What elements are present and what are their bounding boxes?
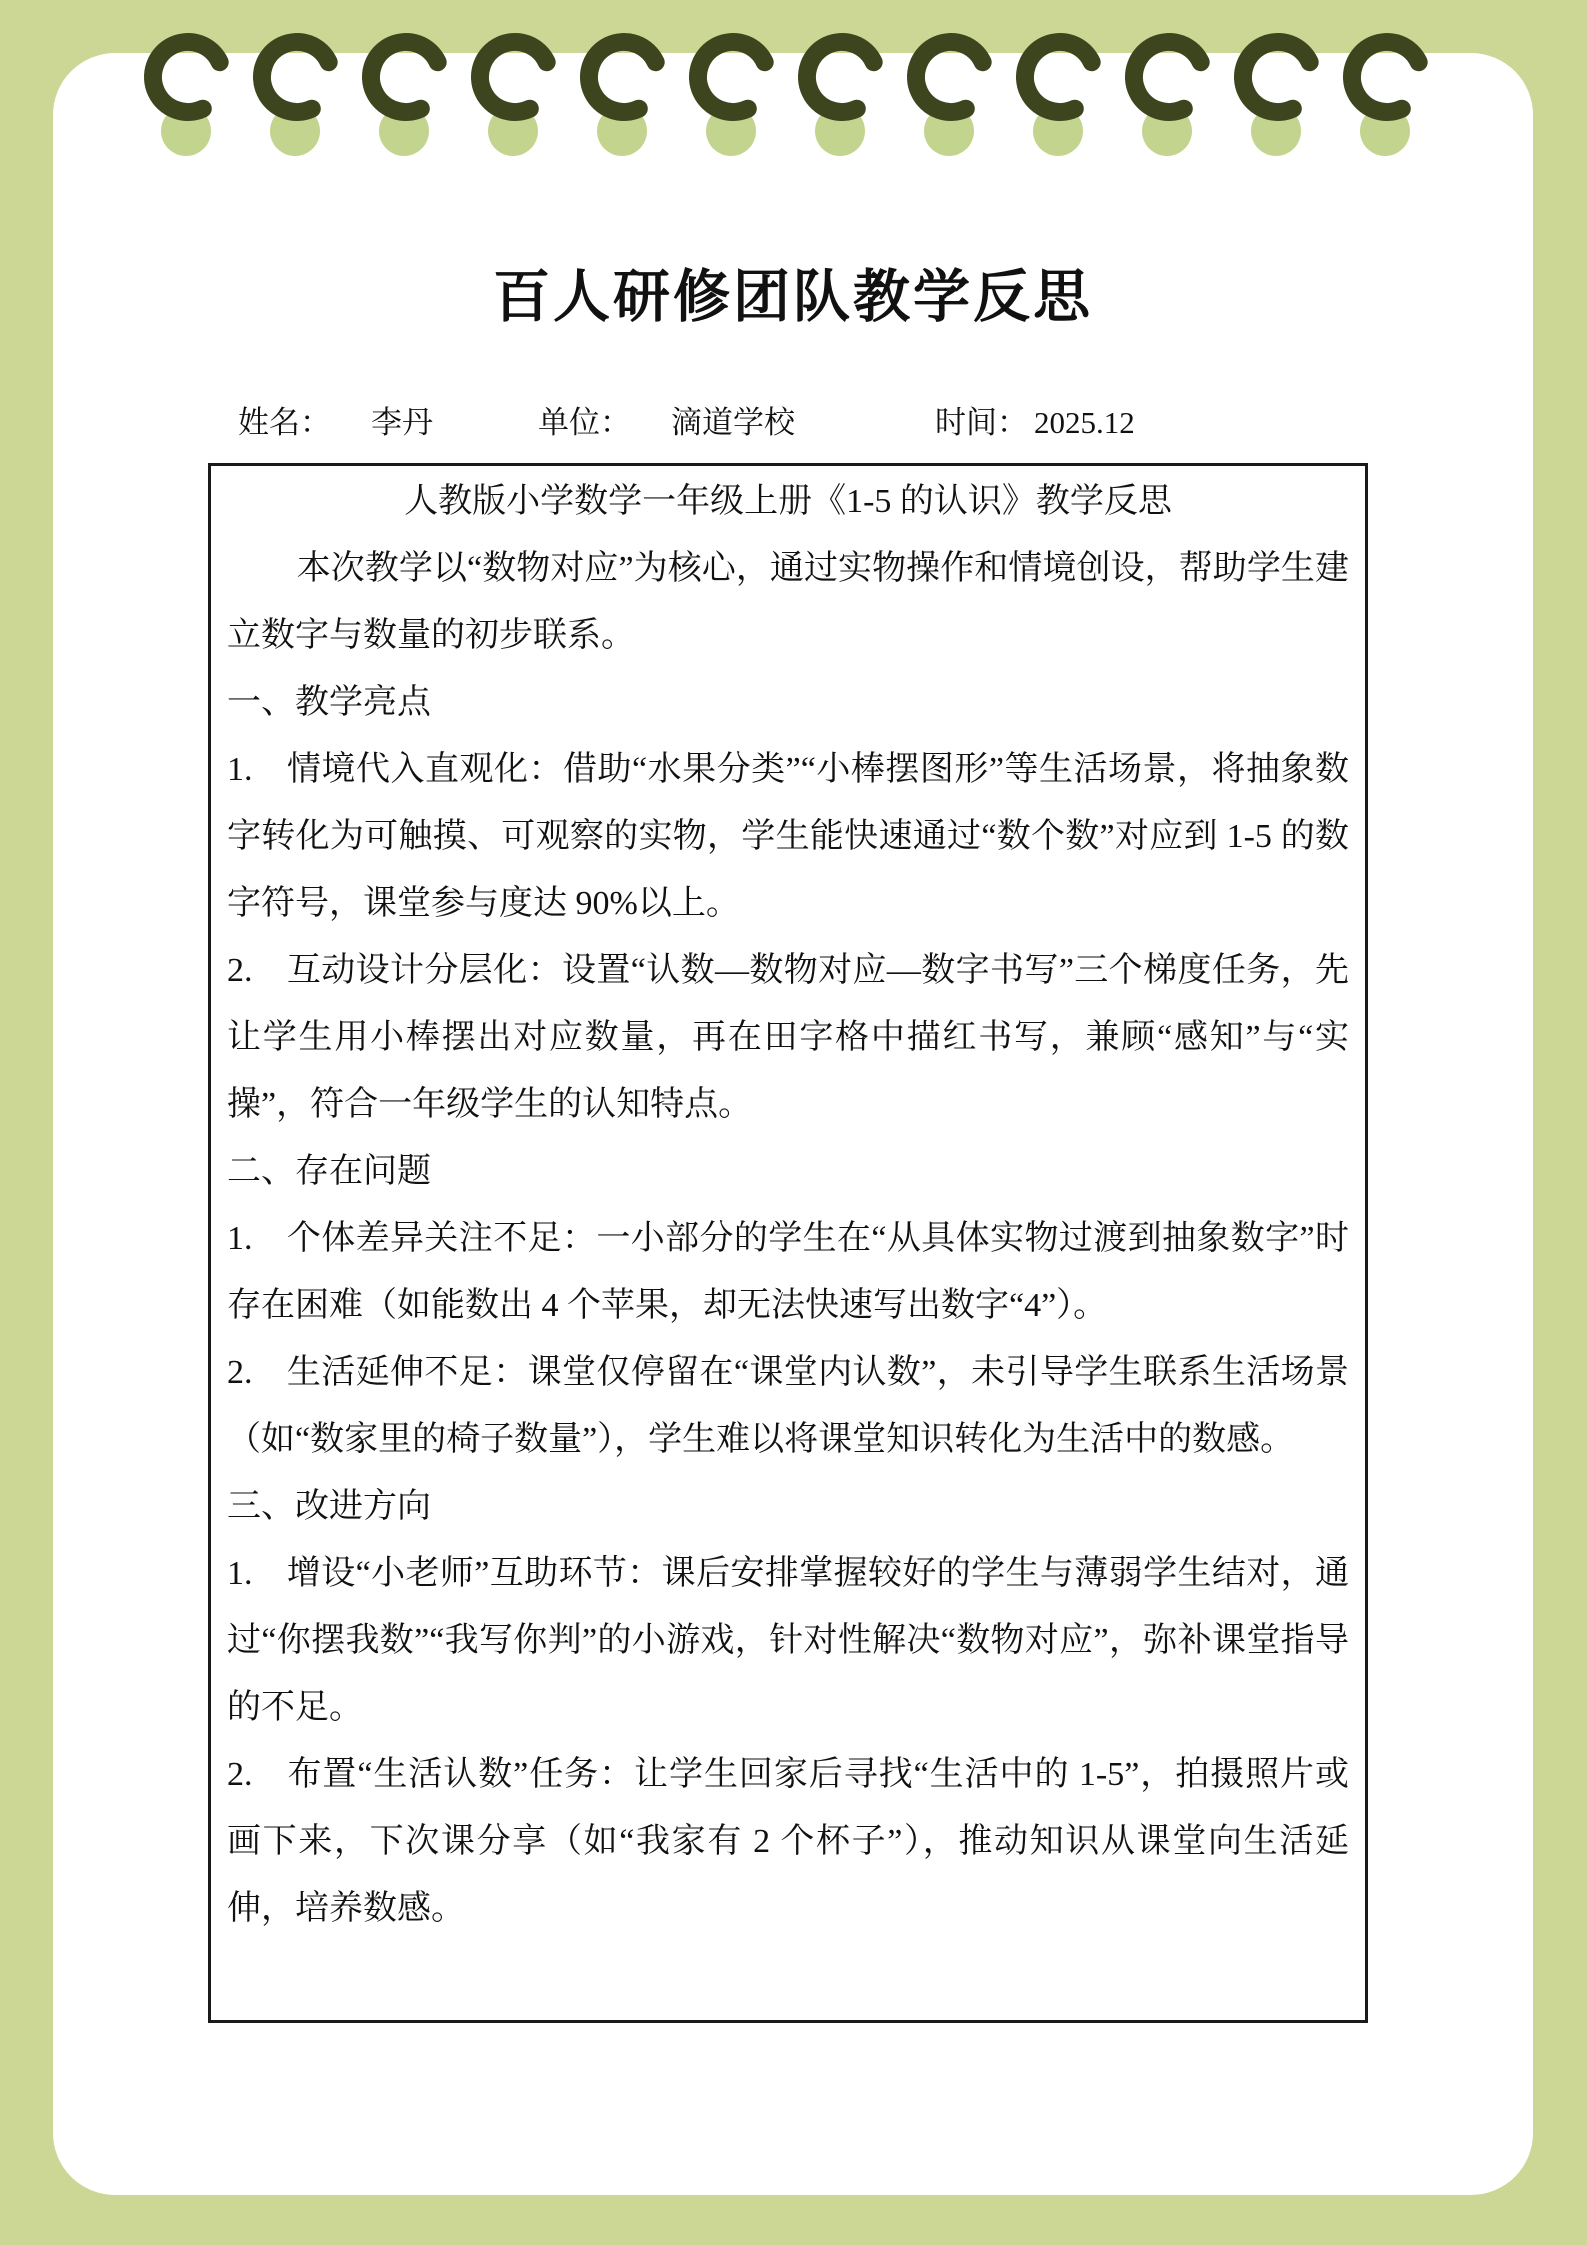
reflection-paragraph: 1. 增设“小老师”互助环节：课后安排掌握较好的学生与薄弱学生结对，通过“你摆我…	[227, 1540, 1349, 1741]
reflection-paragraph: 2. 布置“生活认数”任务：让学生回家后寻找“生活中的 1-5”，拍摄照片或画下…	[227, 1741, 1349, 1942]
reflection-section-heading: 三、改进方向	[227, 1473, 1349, 1540]
reflection-paragraph: 1. 个体差异关注不足：一小部分的学生在“从具体实物过渡到抽象数字”时存在困难（…	[227, 1205, 1349, 1339]
name-label: 姓名：	[238, 403, 331, 443]
page-title: 百人研修团队教学反思	[53, 265, 1533, 331]
reflection-section-heading: 二、存在问题	[227, 1138, 1349, 1205]
notebook-background: { "colors": { "background": "#ccd795", "…	[0, 0, 1587, 2245]
notebook-page: 百人研修团队教学反思 姓名： 李丹 单位： 滴道学校 时间： 2025.12 人…	[53, 53, 1533, 2195]
reflection-paragraph: 2. 生活延伸不足：课堂仅停留在“课堂内认数”，未引导学生联系生活场景（如“数家…	[227, 1339, 1349, 1473]
reflection-box: 人教版小学数学一年级上册《1-5 的认识》教学反思 本次教学以“数物对应”为核心…	[208, 463, 1368, 2023]
name-field: 姓名： 李丹	[238, 403, 433, 443]
reflection-paragraph: 本次教学以“数物对应”为核心，通过实物操作和情境创设，帮助学生建立数字与数量的初…	[227, 535, 1349, 669]
unit-field: 单位： 滴道学校	[538, 403, 795, 443]
name-value: 李丹	[371, 403, 433, 443]
time-value: 2025.12	[1034, 403, 1135, 443]
time-field: 时间： 2025.12	[935, 403, 1135, 443]
reflection-paragraph: 1. 情境代入直观化：借助“水果分类”“小棒摆图形”等生活场景，将抽象数字转化为…	[227, 736, 1349, 937]
unit-label: 单位：	[538, 403, 631, 443]
unit-value: 滴道学校	[671, 403, 795, 443]
info-row: 姓名： 李丹 单位： 滴道学校 时间： 2025.12	[238, 403, 1533, 443]
reflection-paragraph: 2. 互动设计分层化：设置“认数—数物对应—数字书写”三个梯度任务，先让学生用小…	[227, 937, 1349, 1138]
time-label: 时间：	[935, 403, 1028, 443]
reflection-section-heading: 一、教学亮点	[227, 669, 1349, 736]
reflection-heading: 人教版小学数学一年级上册《1-5 的认识》教学反思	[227, 468, 1349, 535]
